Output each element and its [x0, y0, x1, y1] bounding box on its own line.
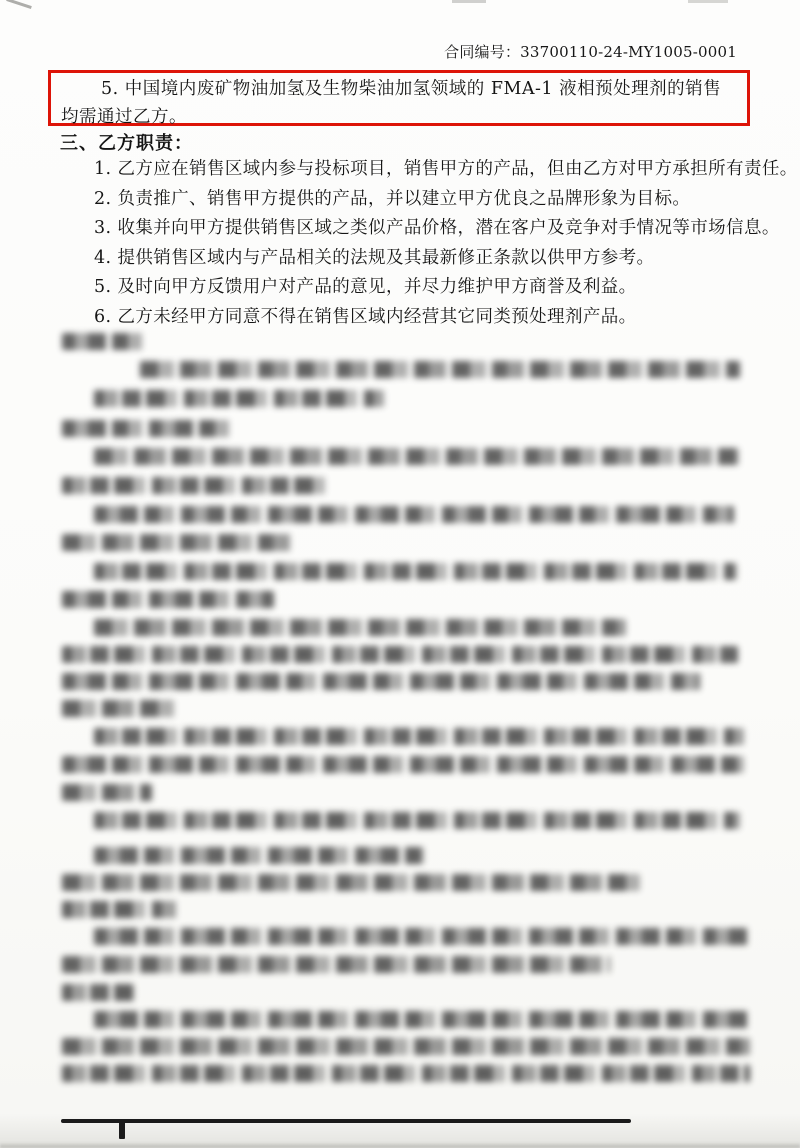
blurred-text-line [94, 619, 626, 636]
blurred-text-line [62, 700, 180, 717]
blurred-text-line [94, 506, 734, 523]
blurred-text-line [62, 1065, 750, 1082]
blurred-text-line [62, 420, 230, 437]
blurred-text-line [94, 728, 744, 745]
blurred-text-line [94, 1011, 750, 1028]
blurred-text-line [62, 333, 147, 350]
blurred-text-line [62, 901, 180, 918]
blurred-text-line [62, 673, 700, 690]
footer-ink-rule [61, 1119, 631, 1123]
blurred-text-line [62, 956, 610, 973]
blurred-text-line [94, 563, 737, 580]
blurred-text-line [94, 390, 384, 407]
blurred-text-line [62, 984, 134, 1001]
blurred-text-line [94, 812, 740, 829]
blurred-text-line [62, 784, 152, 801]
blurred-text-line [94, 448, 739, 465]
blurred-text-line [62, 646, 738, 663]
blurred-text-line [140, 361, 740, 378]
blurred-text-line [62, 1038, 750, 1055]
scanned-contract-page: 合同编号：33700110-24-MY1005-0001 5. 中国境内废矿物油… [0, 0, 800, 1148]
page-bottom-shadow [0, 1142, 800, 1148]
blurred-text-line [62, 534, 292, 551]
blurred-text-line [62, 756, 744, 773]
blurred-text-line [62, 477, 327, 494]
blurred-clauses [0, 0, 800, 1148]
blurred-text-line [62, 591, 274, 608]
blurred-text-line [94, 847, 424, 864]
blurred-text-line [94, 928, 750, 945]
blurred-text-line [62, 874, 640, 891]
footer-ink-tick [119, 1122, 125, 1139]
